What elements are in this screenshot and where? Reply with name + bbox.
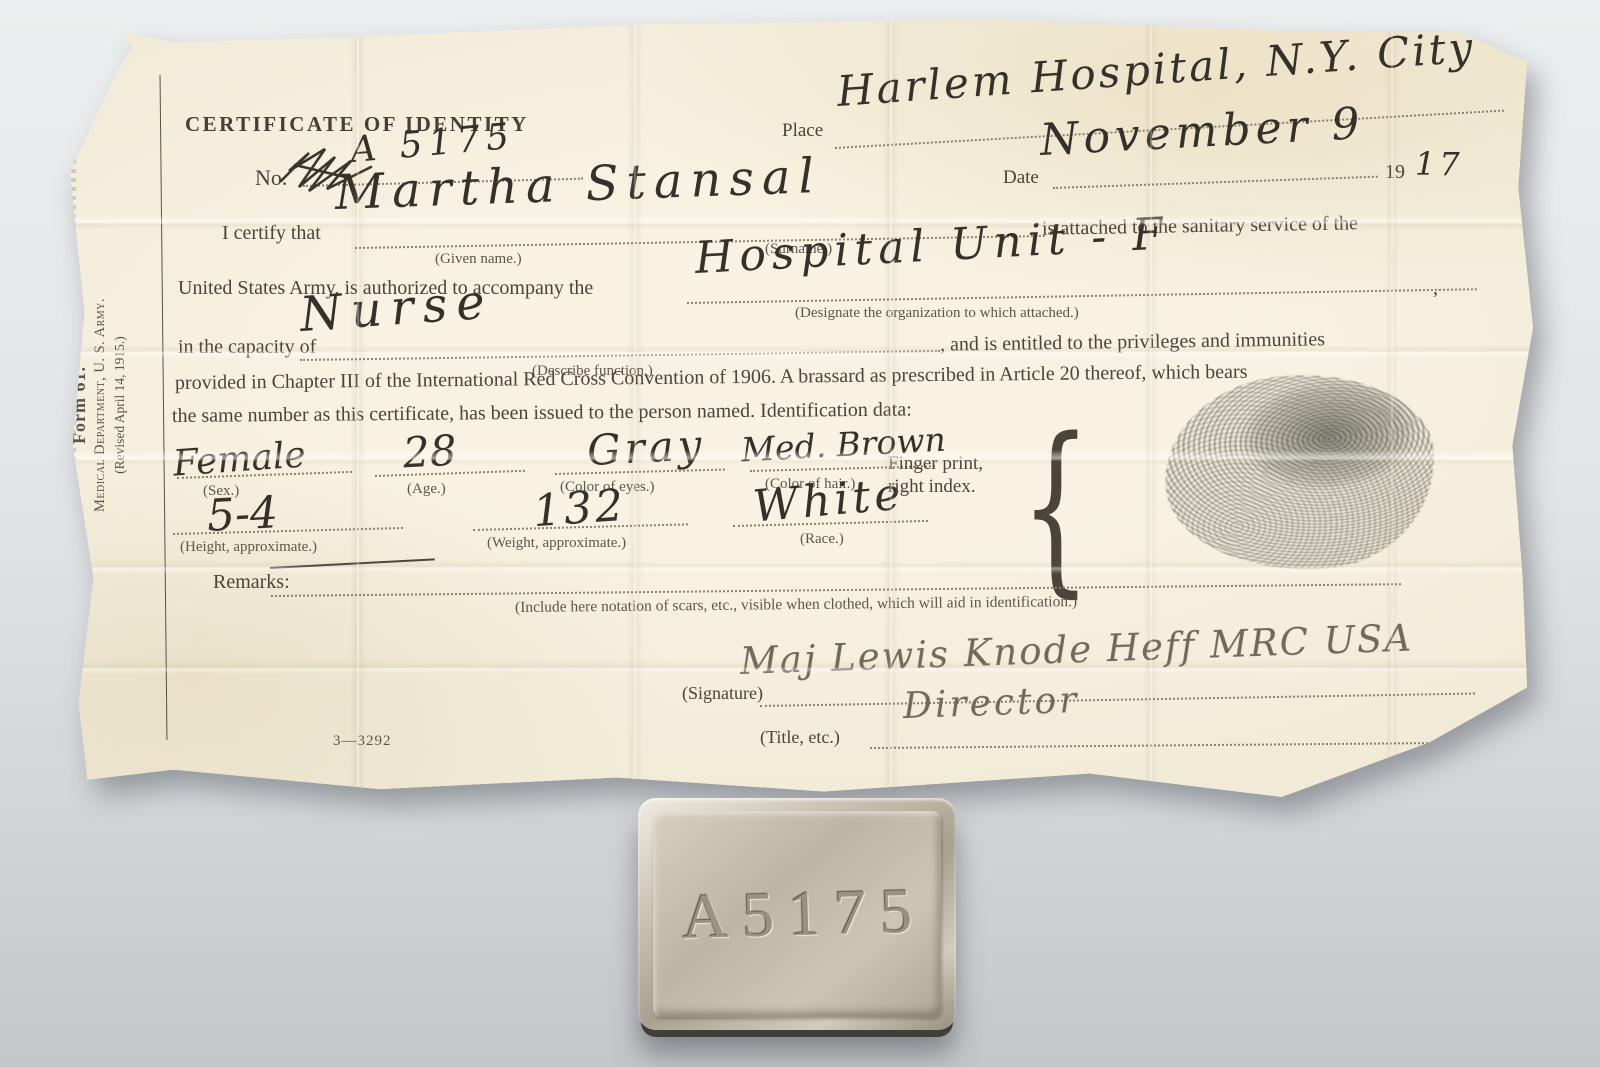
remarks-instruction: (Include here notation of scars, etc., v… bbox=[515, 593, 1077, 617]
certify-lead: I certify that bbox=[222, 222, 321, 245]
fingerprint-caption-2: right index. bbox=[888, 476, 976, 498]
remarks-label: Remarks: bbox=[213, 571, 290, 594]
organization-comma: , bbox=[1433, 277, 1438, 300]
age-value: 28 bbox=[402, 426, 458, 478]
dotted-line bbox=[870, 742, 1460, 749]
tag-stamped-number: A5175 bbox=[667, 874, 927, 955]
signature-label: (Signature) bbox=[682, 683, 763, 704]
dotted-line bbox=[300, 350, 940, 361]
deckled-edge bbox=[71, 70, 76, 700]
fingerprint-caption-1: Finger print, bbox=[888, 453, 983, 475]
dotted-line bbox=[687, 288, 1477, 304]
title-handwritten: Director bbox=[902, 680, 1080, 727]
title-label: (Title, etc.) bbox=[760, 727, 840, 748]
metal-tag-face: A5175 bbox=[653, 811, 941, 1017]
date-label: Date bbox=[1003, 167, 1039, 189]
photo-scene: Form 61. Medical Department, U. S. Army.… bbox=[0, 0, 1600, 1067]
metal-identity-tag: A5175 bbox=[638, 798, 956, 1030]
margin-rule bbox=[160, 75, 168, 740]
given-name-label: (Given name.) bbox=[435, 251, 522, 268]
capacity-lead: in the capacity of bbox=[178, 336, 316, 359]
place-handwritten: Harlem Hospital, N.Y. City bbox=[835, 22, 1477, 116]
form-revision: (Revised April 14, 1915.) bbox=[111, 215, 129, 595]
height-label: (Height, approximate.) bbox=[180, 539, 317, 556]
capacity-handwritten: Nurse bbox=[298, 274, 495, 343]
form-department: Medical Department, U. S. Army. bbox=[91, 215, 111, 595]
body-line-1: provided in Chapter III of the Internati… bbox=[175, 361, 1248, 395]
form-number: Form 61. bbox=[67, 215, 91, 595]
age-label: (Age.) bbox=[407, 481, 446, 498]
year-handwritten: 17 bbox=[1415, 145, 1464, 183]
organization-handwritten: Hospital Unit - F bbox=[694, 208, 1170, 284]
date-handwritten: November 9 bbox=[1039, 98, 1366, 166]
certificate-paper: Form 61. Medical Department, U. S. Army.… bbox=[55, 15, 1533, 797]
fingerprint-brace: { bbox=[1021, 423, 1092, 590]
eye-color-value: Gray bbox=[586, 420, 707, 475]
handwritten-dash bbox=[270, 558, 435, 569]
fingerprint-smudge bbox=[1157, 364, 1443, 582]
place-label: Place bbox=[782, 120, 823, 142]
form-margin-block: Form 61. Medical Department, U. S. Army.… bbox=[67, 215, 143, 595]
signature-handwritten: Maj Lewis Knode Heff MRC USA bbox=[739, 617, 1413, 683]
organization-label: (Designate the organization to which att… bbox=[795, 305, 1079, 322]
body-line-2: the same number as this certificate, has… bbox=[172, 399, 912, 428]
weight-label: (Weight, approximate.) bbox=[487, 535, 626, 552]
dotted-line bbox=[760, 693, 1475, 707]
race-label: (Race.) bbox=[800, 531, 844, 548]
entitled-text: , and is entitled to the privileges and … bbox=[940, 328, 1325, 356]
year-printed: 19 bbox=[1385, 161, 1405, 184]
certificate-paper-wrap: Form 61. Medical Department, U. S. Army.… bbox=[55, 15, 1533, 797]
dotted-line bbox=[1053, 176, 1378, 189]
print-code: 3—3292 bbox=[333, 733, 392, 750]
